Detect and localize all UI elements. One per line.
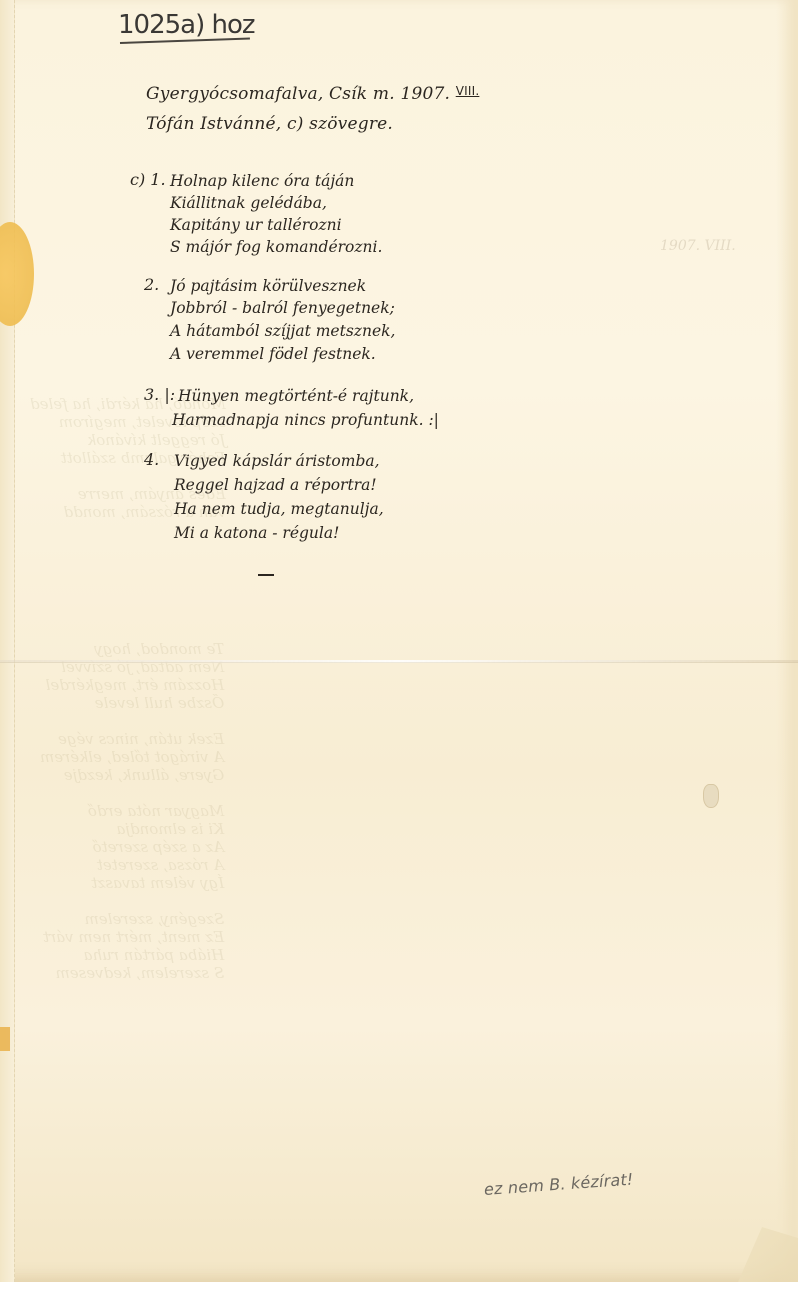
adhesive-tape-stain [0,1027,10,1051]
verse-line: Jobbról - balról fenyegetnek; [170,299,395,317]
reference-number: 1025a) hoz [118,10,255,40]
verse-line: Ha nem tudja, megtanulja, [174,500,384,518]
bleed-through-text: Te mondod, hogy Nem adtad, jó szívvel Ho… [40,640,224,982]
paper-right-edge [776,0,798,1282]
stanza-number: c) 1. [130,170,166,189]
month-numeral: VIII. [456,84,480,98]
stanza-number: 2. [144,275,159,294]
pencil-margin-note: ez nem B. kézírat! [483,1170,634,1199]
manuscript-page: Mondó, ha kérdi, ha feled szép levelet, … [0,0,798,1282]
verse-line: Reggel hajzad a réportra! [174,476,377,494]
paper-smudge [703,784,719,808]
verse-line: Holnap kilenc óra táján [170,172,354,190]
verse-line: Kapitány ur tallérozni [170,216,342,234]
verse-line: A hátamból szíjjat metsznek, [170,322,395,340]
verse-line: Vigyed kápslár áristomba, [174,452,380,470]
stanza-number: 3. |: [144,385,175,404]
paper-left-edge [0,0,15,1282]
folded-corner [738,1227,798,1282]
verse-line: Hünyen megtörtént-é rajtunk, [178,387,414,405]
faint-date-bleed: 1907. VIII. [660,238,736,254]
stanza-number: 4. [144,450,159,469]
verse-line: S májór fog komandérozni. [170,238,382,256]
location-date-text: Gyergyócsomafalva, Csík m. 1907. [146,84,450,104]
verse-line: Jó pajtásim körülvesznek [170,277,366,295]
adhesive-tape-stain [0,222,34,326]
verse-line: A veremmel födel festnek. [170,345,376,363]
paper-fold-line [0,660,798,663]
verse-line: Harmadnapja nincs profuntunk. :| [172,411,439,429]
verse-line: Mi a katona - régula! [174,524,339,542]
end-dash-mark [258,574,274,576]
header-location-date: Gyergyócsomafalva, Csík m. 1907. VIII. [146,84,479,104]
verse-line: Kiállitnak gelédába, [170,194,327,212]
header-singer: Tófán Istvánné, c) szövegre. [146,114,393,134]
